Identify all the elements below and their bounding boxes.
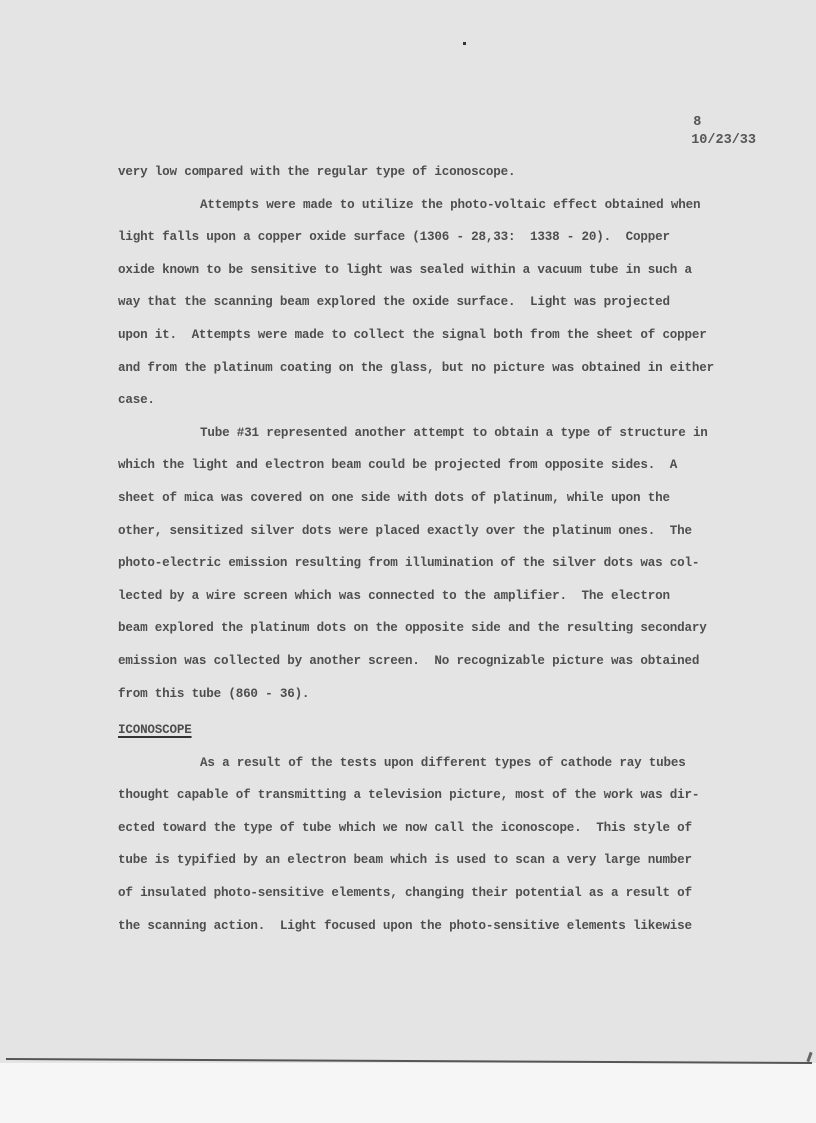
text-line: Tube #31 represented another attempt to … [118,417,778,450]
text-line: of insulated photo-sensitive elements, c… [118,877,778,910]
paragraph-copper-oxide: Attempts were made to utilize the photo-… [118,189,778,417]
text-line: emission was collected by another screen… [118,645,778,678]
text-line: sheet of mica was covered on one side wi… [118,482,778,515]
text-line: light falls upon a copper oxide surface … [118,221,778,254]
paragraph-tube-31: Tube #31 represented another attempt to … [118,417,778,710]
text-line: lected by a wire screen which was connec… [118,580,778,613]
page-number: 8 [691,114,756,132]
paragraph-continuation: very low compared with the regular type … [118,156,778,189]
text-line: from this tube (860 - 36). [118,678,778,711]
text-line: beam explored the platinum dots on the o… [118,612,778,645]
text-line: ected toward the type of tube which we n… [118,812,778,845]
document-body: very low compared with the regular type … [118,156,778,942]
text-line: and from the platinum coating on the gla… [118,352,778,385]
text-line: As a result of the tests upon different … [118,747,778,780]
text-line: the scanning action. Light focused upon … [118,910,778,943]
section-iconoscope: ICONOSCOPE As a result of the tests upon… [118,714,778,942]
page-header: 8 10/23/33 [691,114,756,150]
text-line: case. [118,384,778,417]
text-line: oxide known to be sensitive to light was… [118,254,778,287]
text-line: other, sensitized silver dots were place… [118,515,778,548]
text-line: thought capable of transmitting a televi… [118,779,778,812]
text-line: way that the scanning beam explored the … [118,286,778,319]
section-heading: ICONOSCOPE [118,723,192,737]
text-line: which the light and electron beam could … [118,449,778,482]
text-line: very low compared with the regular type … [118,156,778,189]
text-line: photo-electric emission resulting from i… [118,547,778,580]
text-line: upon it. Attempts were made to collect t… [118,319,778,352]
text-line: Attempts were made to utilize the photo-… [118,189,778,222]
scanned-page: 8 10/23/33 very low compared with the re… [0,0,816,1063]
page-date: 10/23/33 [691,132,756,150]
scan-speck [463,42,466,45]
text-line: tube is typified by an electron beam whi… [118,844,778,877]
